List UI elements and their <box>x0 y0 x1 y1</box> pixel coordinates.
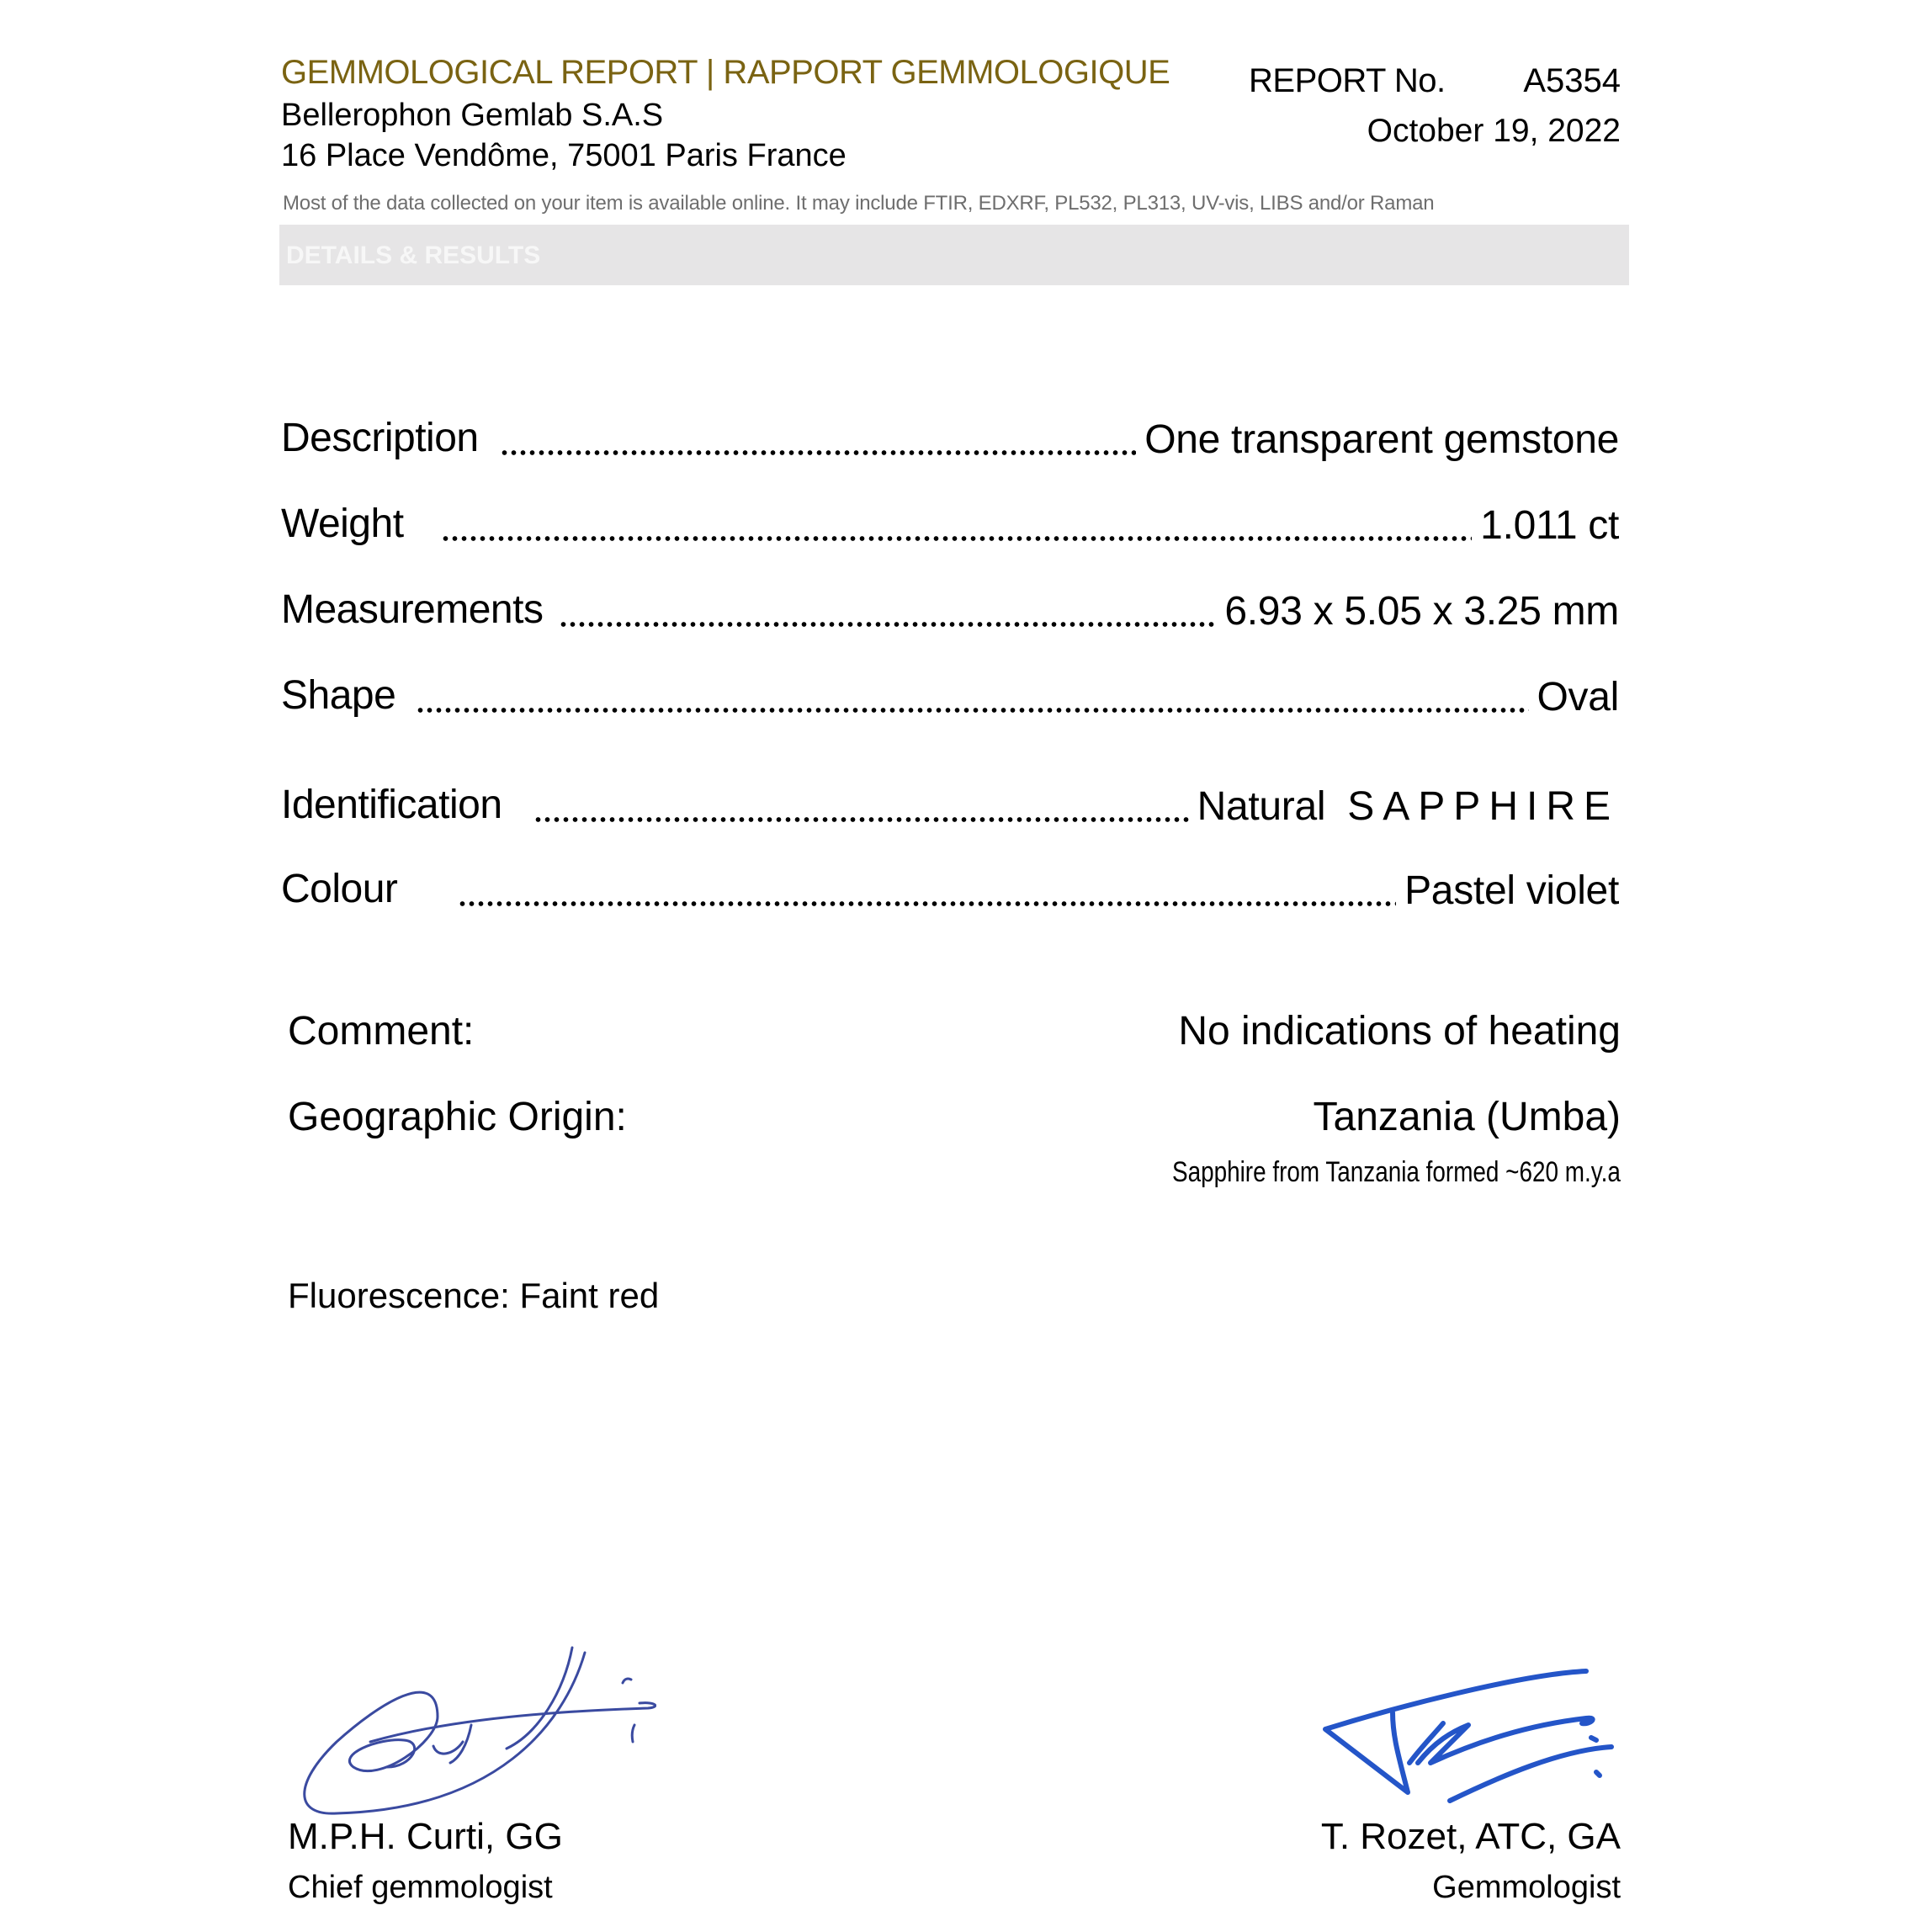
detail-value-prefix: Natural <box>1197 784 1326 829</box>
detail-value: Pastel violet <box>1396 868 1619 914</box>
detail-value: One transparent gemstone <box>1136 417 1619 463</box>
signature-curti <box>286 1641 656 1818</box>
section-header-label: DETAILS & RESULTS <box>286 241 540 270</box>
comment-label: Comment: <box>288 1008 474 1054</box>
dot-leader <box>441 535 1619 542</box>
origin-label: Geographic Origin: <box>288 1094 627 1140</box>
detail-label: Identification <box>281 782 502 828</box>
report-number: A5354 <box>1523 62 1621 100</box>
detail-row-measurements: Measurements6.93 x 5.05 x 3.25 mm <box>281 587 1619 638</box>
signer-name-1: M.P.H. Curti, GG <box>288 1816 563 1858</box>
lab-name: Bellerophon Gemlab S.A.S <box>281 98 663 134</box>
report-date: October 19, 2022 <box>1367 113 1621 150</box>
detail-label: Measurements <box>281 586 543 633</box>
signer-name-2: T. Rozet, ATC, GA <box>1321 1816 1621 1858</box>
detail-value-main: SAPPHIRE <box>1347 784 1619 829</box>
detail-label: Description <box>281 415 479 461</box>
detail-row-weight: Weight1.011 ct <box>281 502 1619 552</box>
report-number-label: REPORT No. <box>1249 62 1446 100</box>
detail-value: NaturalSAPPHIRE <box>1189 783 1619 830</box>
detail-value: Oval <box>1529 674 1620 720</box>
origin-note: Sapphire from Tanzania formed ~620 m.y.a <box>1172 1156 1621 1189</box>
detail-row-description: DescriptionOne transparent gemstone <box>281 416 1619 466</box>
comment-value: No indications of heating <box>1178 1008 1621 1054</box>
detail-label: Shape <box>281 672 395 719</box>
signer-role-1: Chief gemmologist <box>288 1870 553 1906</box>
detail-row-shape: ShapeOval <box>281 673 1619 724</box>
detail-value: 6.93 x 5.05 x 3.25 mm <box>1216 588 1619 634</box>
signature-rozet <box>1308 1658 1645 1809</box>
detail-value: 1.011 ct <box>1472 502 1619 549</box>
section-header-bar: DETAILS & RESULTS <box>279 225 1629 285</box>
detail-row-identification: IdentificationNaturalSAPPHIRE <box>281 783 1619 833</box>
data-availability-notice: Most of the data collected on your item … <box>283 192 1434 215</box>
dot-leader <box>416 707 1619 714</box>
fluorescence: Fluorescence: Faint red <box>288 1276 659 1316</box>
detail-row-colour: ColourPastel violet <box>281 867 1619 917</box>
lab-address: 16 Place Vendôme, 75001 Paris France <box>281 138 847 174</box>
detail-label: Colour <box>281 866 397 912</box>
detail-label: Weight <box>281 501 404 547</box>
report-title: GEMMOLOGICAL REPORT | RAPPORT GEMMOLOGIQ… <box>281 54 1170 92</box>
signer-role-2: Gemmologist <box>1432 1870 1621 1906</box>
origin-value: Tanzania (Umba) <box>1314 1094 1621 1140</box>
